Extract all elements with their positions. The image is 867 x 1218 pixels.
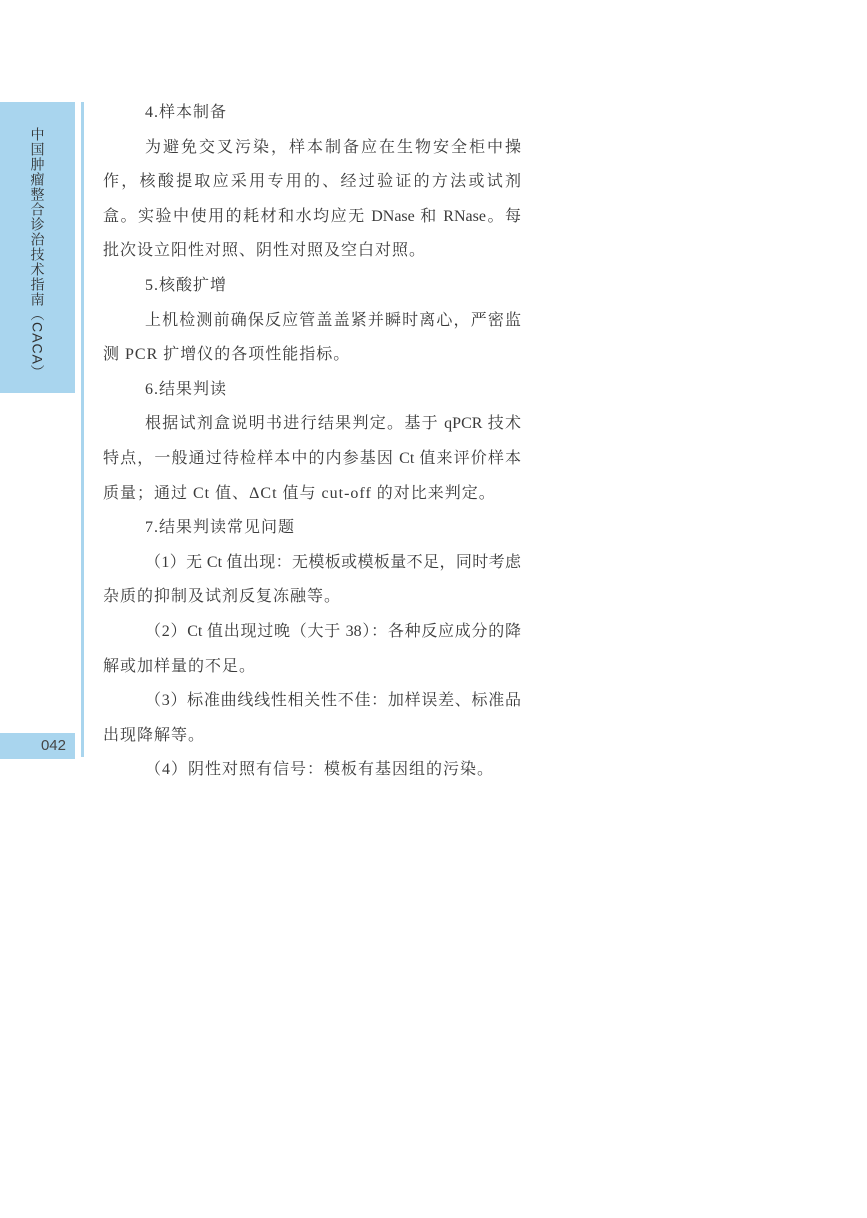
sidebar-title-bar: 中国肿瘤整合诊治技术指南（CACA） <box>0 102 75 393</box>
text-line: 根据试剂盒说明书进行结果判定。基于 qPCR 技术 <box>103 407 521 442</box>
body-text-column: 4.样本制备为避免交叉污染，样本制备应在生物安全柜中操作，核酸提取应采用专用的、… <box>103 96 521 788</box>
book-spine-title: 中国肿瘤整合诊治技术指南（CACA） <box>28 127 48 393</box>
text-line: 出现降解等。 <box>103 719 521 754</box>
text-line: 上机检测前确保反应管盖盖紧并瞬时离心，严密监 <box>103 304 521 339</box>
page-number: 042 <box>41 737 66 754</box>
text-line: 为避免交叉污染，样本制备应在生物安全柜中操 <box>103 131 521 166</box>
text-line: （2）Ct 值出现过晚（大于 38）：各种反应成分的降 <box>103 615 521 650</box>
sidebar-divider-line <box>81 102 84 757</box>
text-line: 4.样本制备 <box>103 96 521 131</box>
text-line: 批次设立阳性对照、阴性对照及空白对照。 <box>103 234 521 269</box>
text-line: 杂质的抑制及试剂反复冻融等。 <box>103 580 521 615</box>
text-line: 测 PCR 扩增仪的各项性能指标。 <box>103 338 521 373</box>
text-line: （3）标准曲线线性相关性不佳：加样误差、标准品 <box>103 684 521 719</box>
text-line: 7.结果判读常见问题 <box>103 511 521 546</box>
text-line: 6.结果判读 <box>103 373 521 408</box>
text-line: 质量；通过 Ct 值、ΔCt 值与 cut-off 的对比来判定。 <box>103 477 521 512</box>
text-line: 特点，一般通过待检样本中的内参基因 Ct 值来评价样本 <box>103 442 521 477</box>
text-line: 5.核酸扩增 <box>103 269 521 304</box>
text-line: 盒。实验中使用的耗材和水均应无 DNase 和 RNase。每 <box>103 200 521 235</box>
page-number-badge: 042 <box>0 733 75 759</box>
text-line: 解或加样量的不足。 <box>103 650 521 685</box>
text-line: （4）阴性对照有信号：模板有基因组的污染。 <box>103 753 521 788</box>
text-line: 作，核酸提取应采用专用的、经过验证的方法或试剂 <box>103 165 521 200</box>
text-line: （1）无 Ct 值出现：无模板或模板量不足，同时考虑 <box>103 546 521 581</box>
book-page: 中国肿瘤整合诊治技术指南（CACA） 042 4.样本制备为避免交叉污染，样本制… <box>0 0 867 1218</box>
